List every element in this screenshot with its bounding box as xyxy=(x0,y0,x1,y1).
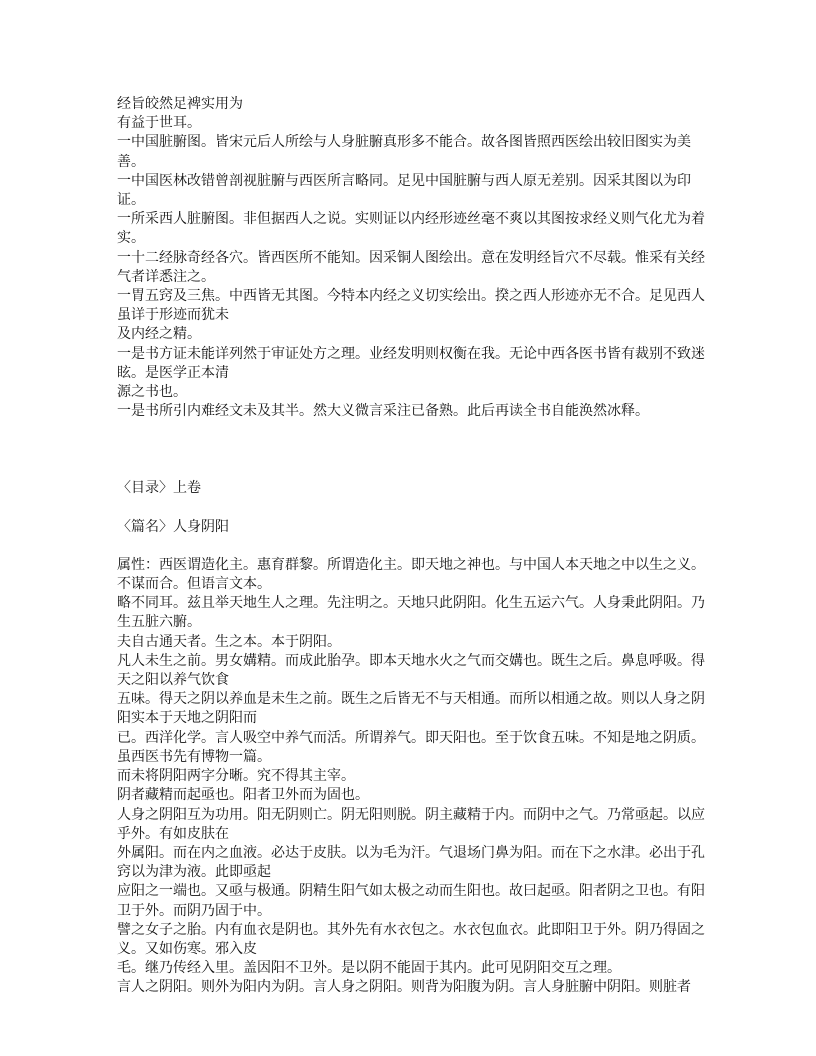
body-line: 毛。继乃传经入里。盖因阳不卫外。是以阴不能固于其内。此可见阴阳交互之理。 xyxy=(117,959,707,978)
preface-line: 一是书方证未能详列然于审证处方之理。业经发明则权衡在我。无论中西各医书皆有裁别不… xyxy=(117,345,707,383)
preface-line: 一是书所引内难经文未及其半。然大义微言采注已备熟。此后再读全书自能涣然冰释。 xyxy=(117,402,707,421)
body-line: 应阳之一端也。又亟与极通。阴精生阳气如太极之动而生阳也。故曰起亟。阳者阴之卫也。… xyxy=(117,882,707,920)
body-line: 已。西洋化学。言人吸空中养气而活。所谓养气。即天阳也。至于饮食五味。不知是地之阴… xyxy=(117,729,707,767)
preface-section: 经旨皎然足裨实用为 有益于世耳。 一中国脏腑图。皆宋元后人所绘与人身脏腑真形多不… xyxy=(117,95,707,421)
body-line: 人身之阴阳互为功用。阳无阴则亡。阴无阳则脱。阴主藏精于内。而阴中之气。乃常亟起。… xyxy=(117,806,707,844)
body-line: 夫自古通天者。生之本。本于阴阳。 xyxy=(117,633,707,652)
preface-line: 有益于世耳。 xyxy=(117,114,707,133)
preface-line: 一中国脏腑图。皆宋元后人所绘与人身脏腑真形多不能合。故各图皆照西医绘出较旧图实为… xyxy=(117,133,707,171)
preface-line: 及内经之精。 xyxy=(117,325,707,344)
preface-line: 一胃五窍及三焦。中西皆无其图。今特本内经之义切实绘出。揆之西人形迹亦无不合。足见… xyxy=(117,287,707,325)
spacer xyxy=(117,537,707,556)
section-spacer xyxy=(117,421,707,479)
preface-line: 一十二经脉奇经各穴。皆西医所不能知。因采铜人图绘出。意在发明经旨穴不尽载。惟采有… xyxy=(117,249,707,287)
body-line: 而未将阴阳两字分晰。究不得其主宰。 xyxy=(117,767,707,786)
body-line: 外属阳。而在内之血液。必达于皮肤。以为毛为汗。气退场门鼻为阳。而在下之水津。必出… xyxy=(117,844,707,882)
body-line: 阴者藏精而起亟也。阳者卫外而为固也。 xyxy=(117,786,707,805)
toc-heading: 〈目录〉上卷 xyxy=(117,479,707,498)
body-line: 言人之阴阳。则外为阳内为阴。言人身之阴阳。则背为阳腹为阴。言人身脏腑中阴阳。则脏… xyxy=(117,978,707,997)
chapter-heading: 〈篇名〉人身阴阳 xyxy=(117,518,707,537)
document-page: 经旨皎然足裨实用为 有益于世耳。 一中国脏腑图。皆宋元后人所绘与人身脏腑真形多不… xyxy=(117,95,707,998)
body-line: 凡人未生之前。男女媾精。而成此胎孕。即本天地水火之气而交媾也。既生之后。鼻息呼吸… xyxy=(117,652,707,690)
body-line: 略不同耳。兹且举天地生人之理。先注明之。天地只此阴阳。化生五运六气。人身秉此阴阳… xyxy=(117,594,707,632)
body-line: 五味。得天之阴以养血是未生之前。既生之后皆无不与天相通。而所以相通之故。则以人身… xyxy=(117,690,707,728)
body-line: 譬之女子之胎。内有血衣是阴也。其外先有水衣包之。水衣包血衣。此即阳卫于外。阴乃得… xyxy=(117,921,707,959)
preface-line: 经旨皎然足裨实用为 xyxy=(117,95,707,114)
preface-line: 一中国医林改错曾剖视脏腑与西医所言略同。足见中国脏腑与西人原无差别。因采其图以为… xyxy=(117,172,707,210)
preface-line: 源之书也。 xyxy=(117,383,707,402)
preface-line: 一所采西人脏腑图。非但据西人之说。实则证以内经形迹丝毫不爽以其图按求经义则气化尤… xyxy=(117,210,707,248)
chapter-body: 属性：西医谓造化主。惠育群黎。所谓造化主。即天地之神也。与中国人本天地之中以生之… xyxy=(117,556,707,998)
body-line: 属性：西医谓造化主。惠育群黎。所谓造化主。即天地之神也。与中国人本天地之中以生之… xyxy=(117,556,707,594)
spacer xyxy=(117,499,707,518)
